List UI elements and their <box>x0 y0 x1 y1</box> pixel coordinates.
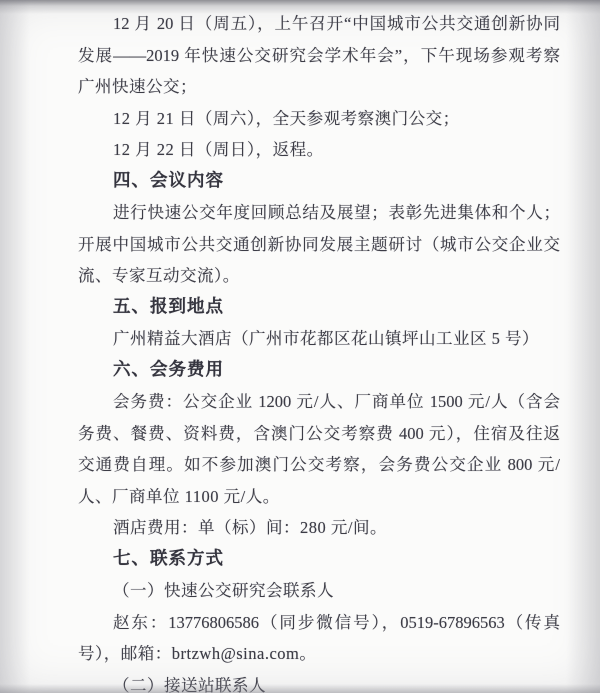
section-heading-contact: 七、联系方式 <box>78 544 560 576</box>
meeting-content-line-2: 开展中国城市公共交通创新协同发展主题研讨（城市公交企业交 <box>78 229 560 261</box>
hotel-fee-line: 酒店费用：单（标）间：280 元/间。 <box>78 512 560 544</box>
schedule-line-dec20-cont: 发展——2019 年快速公交研究会学术年会”，下午现场参观考察 <box>78 40 560 72</box>
schedule-line-dec22: 12 月 22 日（周日），返程。 <box>78 134 560 166</box>
contact-phone-line: 赵东：13776806586（同步微信号），0519-67896563（传真 <box>78 607 560 639</box>
contact-subheading-1: （一）快速公交研究会联系人 <box>78 575 560 607</box>
fee-line-4: 人、厂商单位 1100 元/人。 <box>78 481 560 513</box>
fee-line-1: 会务费：公交企业 1200 元/人、厂商单位 1500 元/人（含会 <box>78 386 560 418</box>
fee-line-3: 交通费自理。如不参加澳门公交考察，会务费公交企业 800 元/ <box>78 449 560 481</box>
schedule-line-dec20-end: 广州快速公交； <box>78 71 560 103</box>
meeting-content-line-1: 进行快速公交年度回顾总结及展望；表彰先进集体和个人； <box>78 197 560 229</box>
schedule-line-dec21: 12 月 21 日（周六），全天参观考察澳门公交； <box>78 103 560 135</box>
meeting-content-line-3: 流、专家互动交流）。 <box>78 260 560 292</box>
section-heading-checkin-location: 五、报到地点 <box>78 292 560 324</box>
section-heading-fees: 六、会务费用 <box>78 355 560 387</box>
hotel-address-line: 广州精益大酒店（广州市花都区花山镇坪山工业区 5 号） <box>78 323 560 355</box>
document-body: 12 月 20 日（周五），上午召开“中国城市公共交通创新协同 发展——2019… <box>78 8 560 693</box>
contact-email-line: 号），邮箱：brtzwh@sina.com。 <box>78 638 560 670</box>
contact-subheading-2: （二）接送站联系人 <box>78 670 560 693</box>
scanned-notice-page: 12 月 20 日（周五），上午召开“中国城市公共交通创新协同 发展——2019… <box>0 0 600 693</box>
schedule-line-dec20: 12 月 20 日（周五），上午召开“中国城市公共交通创新协同 <box>78 8 560 40</box>
fee-line-2: 务费、餐费、资料费，含澳门公交考察费 400 元），住宿及往返 <box>78 418 560 450</box>
section-heading-meeting-content: 四、会议内容 <box>78 166 560 198</box>
